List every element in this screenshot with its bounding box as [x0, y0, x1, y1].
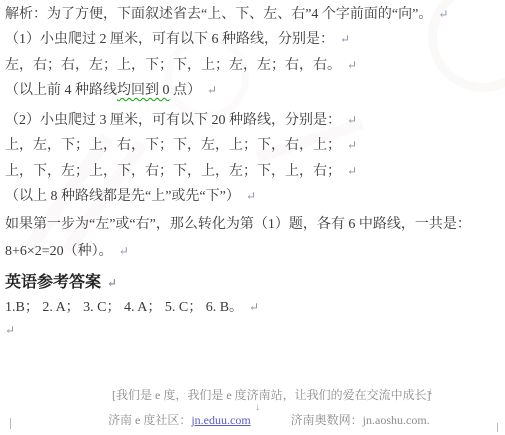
solution-line-note2: （以上 8 种路线都是先“上”或先“下”）↵ [5, 186, 256, 207]
solution-line-part1: （1）小虫爬过 2 厘米，可有以下 6 种路线，分别是：↵ [5, 29, 350, 50]
solution-line-note1: （以上前 4 种路线均回到 0 点）↵ [5, 80, 217, 101]
formula-text: 8+6×2=20（种）。 [5, 244, 113, 259]
community-link[interactable]: jn.eduu.com [191, 413, 250, 427]
paragraph-mark: ↵ [340, 32, 350, 46]
linebreak-mark: ↓ [428, 386, 433, 397]
solution-line-routes3cm-b: 上，下，左；上，下，右；下，上，左；下，上，右；↵ [5, 161, 357, 182]
solution-text: （2）小虫爬过 3 厘米，可有以下 20 种路线，分别是： [5, 113, 341, 128]
page-boundary-mark-left [10, 418, 11, 429]
solution-text: 解析：为了方便，下面叙述省去“上、下、左、右”4 个字前面的“向”。 [5, 7, 432, 22]
paragraph-mark: ↵ [246, 189, 256, 203]
solution-text: 上，左，下；上，右，下；下，左，上；下，右，上； [5, 138, 341, 153]
paragraph-mark: ↵ [207, 83, 217, 97]
paragraph-mark: ↵ [119, 244, 129, 258]
community-label: 济南 e 度社区： [108, 413, 191, 427]
solution-text: （以上前 4 种路线 [5, 83, 117, 98]
page-boundary-mark-right [497, 423, 498, 432]
solution-line-routes3cm-a: 上，左，下；上，右，下；下，左，上；下，右，上；↵ [5, 135, 357, 156]
paragraph-mark: ↵ [347, 164, 357, 178]
footer-slogan: [我们是 e 度，我们是 e 度济南站，让我们的爱在交流中成长] [112, 386, 431, 403]
paragraph-mark: ↵ [438, 7, 448, 21]
paragraph-mark: ↵ [5, 323, 15, 337]
solution-line-conclusion: 如果第一步为“左”或“右”，那么转化为第（1）题，各有 6 中路线，一共是： [5, 215, 471, 235]
solution-text: （以上 8 种路线都是先“上”或先“下”） [5, 189, 240, 204]
english-answers-line: 1.B； 2. A； 3. C； 4. A； 5. C； 6. B。↵ [5, 297, 259, 318]
paragraph-mark: ↵ [107, 276, 117, 290]
paragraph-mark: ↵ [347, 58, 357, 72]
solution-line-intro: 解析：为了方便，下面叙述省去“上、下、左、右”4 个字前面的“向”。↵ [5, 4, 448, 25]
solution-text: 点） [170, 83, 202, 98]
footer-links-line: 济南 e 度社区：jn.eduu.com济南奥数网：jn.aoshu.com. [108, 411, 430, 428]
paragraph-mark: ↵ [347, 138, 357, 152]
slogan-text: [我们是 e 度，我们是 e 度济南站，让我们的爱在交流中成长] [112, 388, 431, 402]
solution-line-routes2cm: 左，右；右，左；上，下；下，上；左，左；右，右。↵ [5, 55, 357, 76]
paragraph-mark: ↵ [249, 300, 259, 314]
solution-text: 上，下，左；上，下，右；下，上，左；下，上，右； [5, 164, 341, 179]
empty-paragraph: ↵ [5, 320, 15, 341]
solution-text: 左，右；右，左；上，下；下，上；左，左；右，右。 [5, 58, 341, 73]
solution-text: （1）小虫爬过 2 厘米，可有以下 6 种路线，分别是： [5, 32, 334, 47]
solution-line-formula: 8+6×2=20（种）。↵ [5, 241, 129, 262]
document-page: 解析：为了方便，下面叙述省去“上、下、左、右”4 个字前面的“向”。↵ （1）小… [0, 0, 505, 435]
answers-text: 1.B； 2. A； 3. C； 4. A； 5. C； 6. B。 [5, 300, 243, 315]
solution-text: 如果第一步为“左”或“右”，那么转化为第（1）题，各有 6 中路线，一共是： [5, 217, 471, 232]
aoshu-label: 济南奥数网： [291, 413, 363, 427]
solution-line-part2: （2）小虫爬过 3 厘米，可有以下 20 种路线，分别是：↵ [5, 110, 357, 131]
paragraph-mark: ↵ [347, 113, 357, 127]
aoshu-url-text: jn.aoshu.com. [363, 413, 430, 427]
spellcheck-underline-text: 均回到 0 [117, 83, 170, 98]
english-answers-heading: 英语参考答案↵ [5, 269, 117, 292]
heading-text: 英语参考答案 [5, 274, 101, 291]
